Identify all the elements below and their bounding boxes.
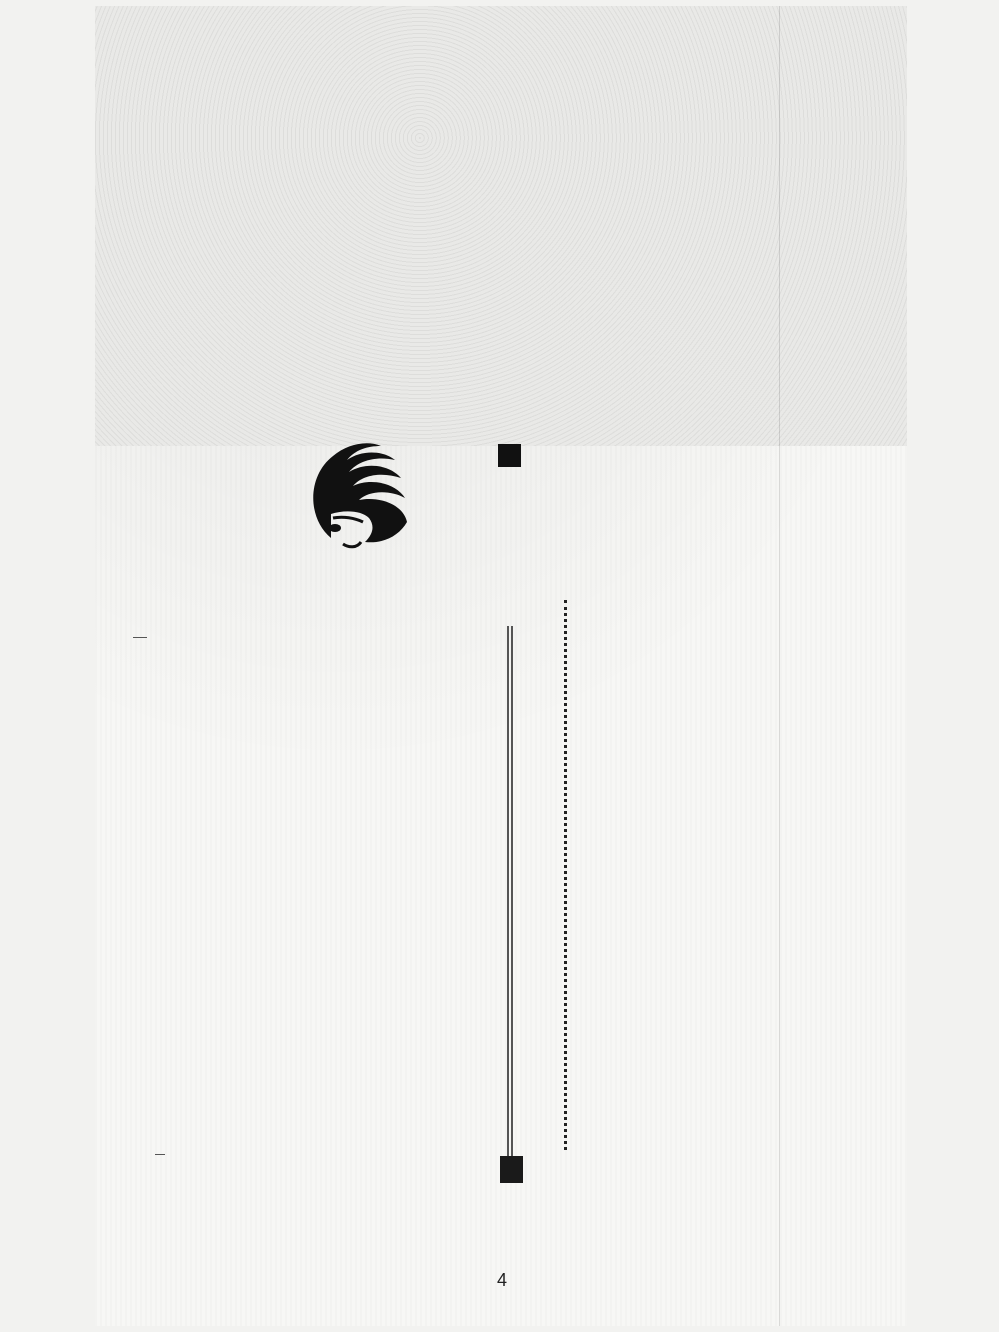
scanned-background-band xyxy=(95,6,907,446)
vertical-dotted-rule xyxy=(564,600,567,1150)
document-page: 4 xyxy=(95,6,907,1326)
page-fold-line xyxy=(779,6,780,1326)
wave-hair-face-logo-icon xyxy=(303,438,413,550)
black-square-marker-bottom xyxy=(500,1156,523,1183)
page-number: 4 xyxy=(497,1270,507,1291)
scan-mark xyxy=(155,1154,165,1155)
scan-mark xyxy=(133,637,147,638)
black-square-marker-top xyxy=(498,444,521,467)
vertical-double-rule xyxy=(507,626,513,1158)
